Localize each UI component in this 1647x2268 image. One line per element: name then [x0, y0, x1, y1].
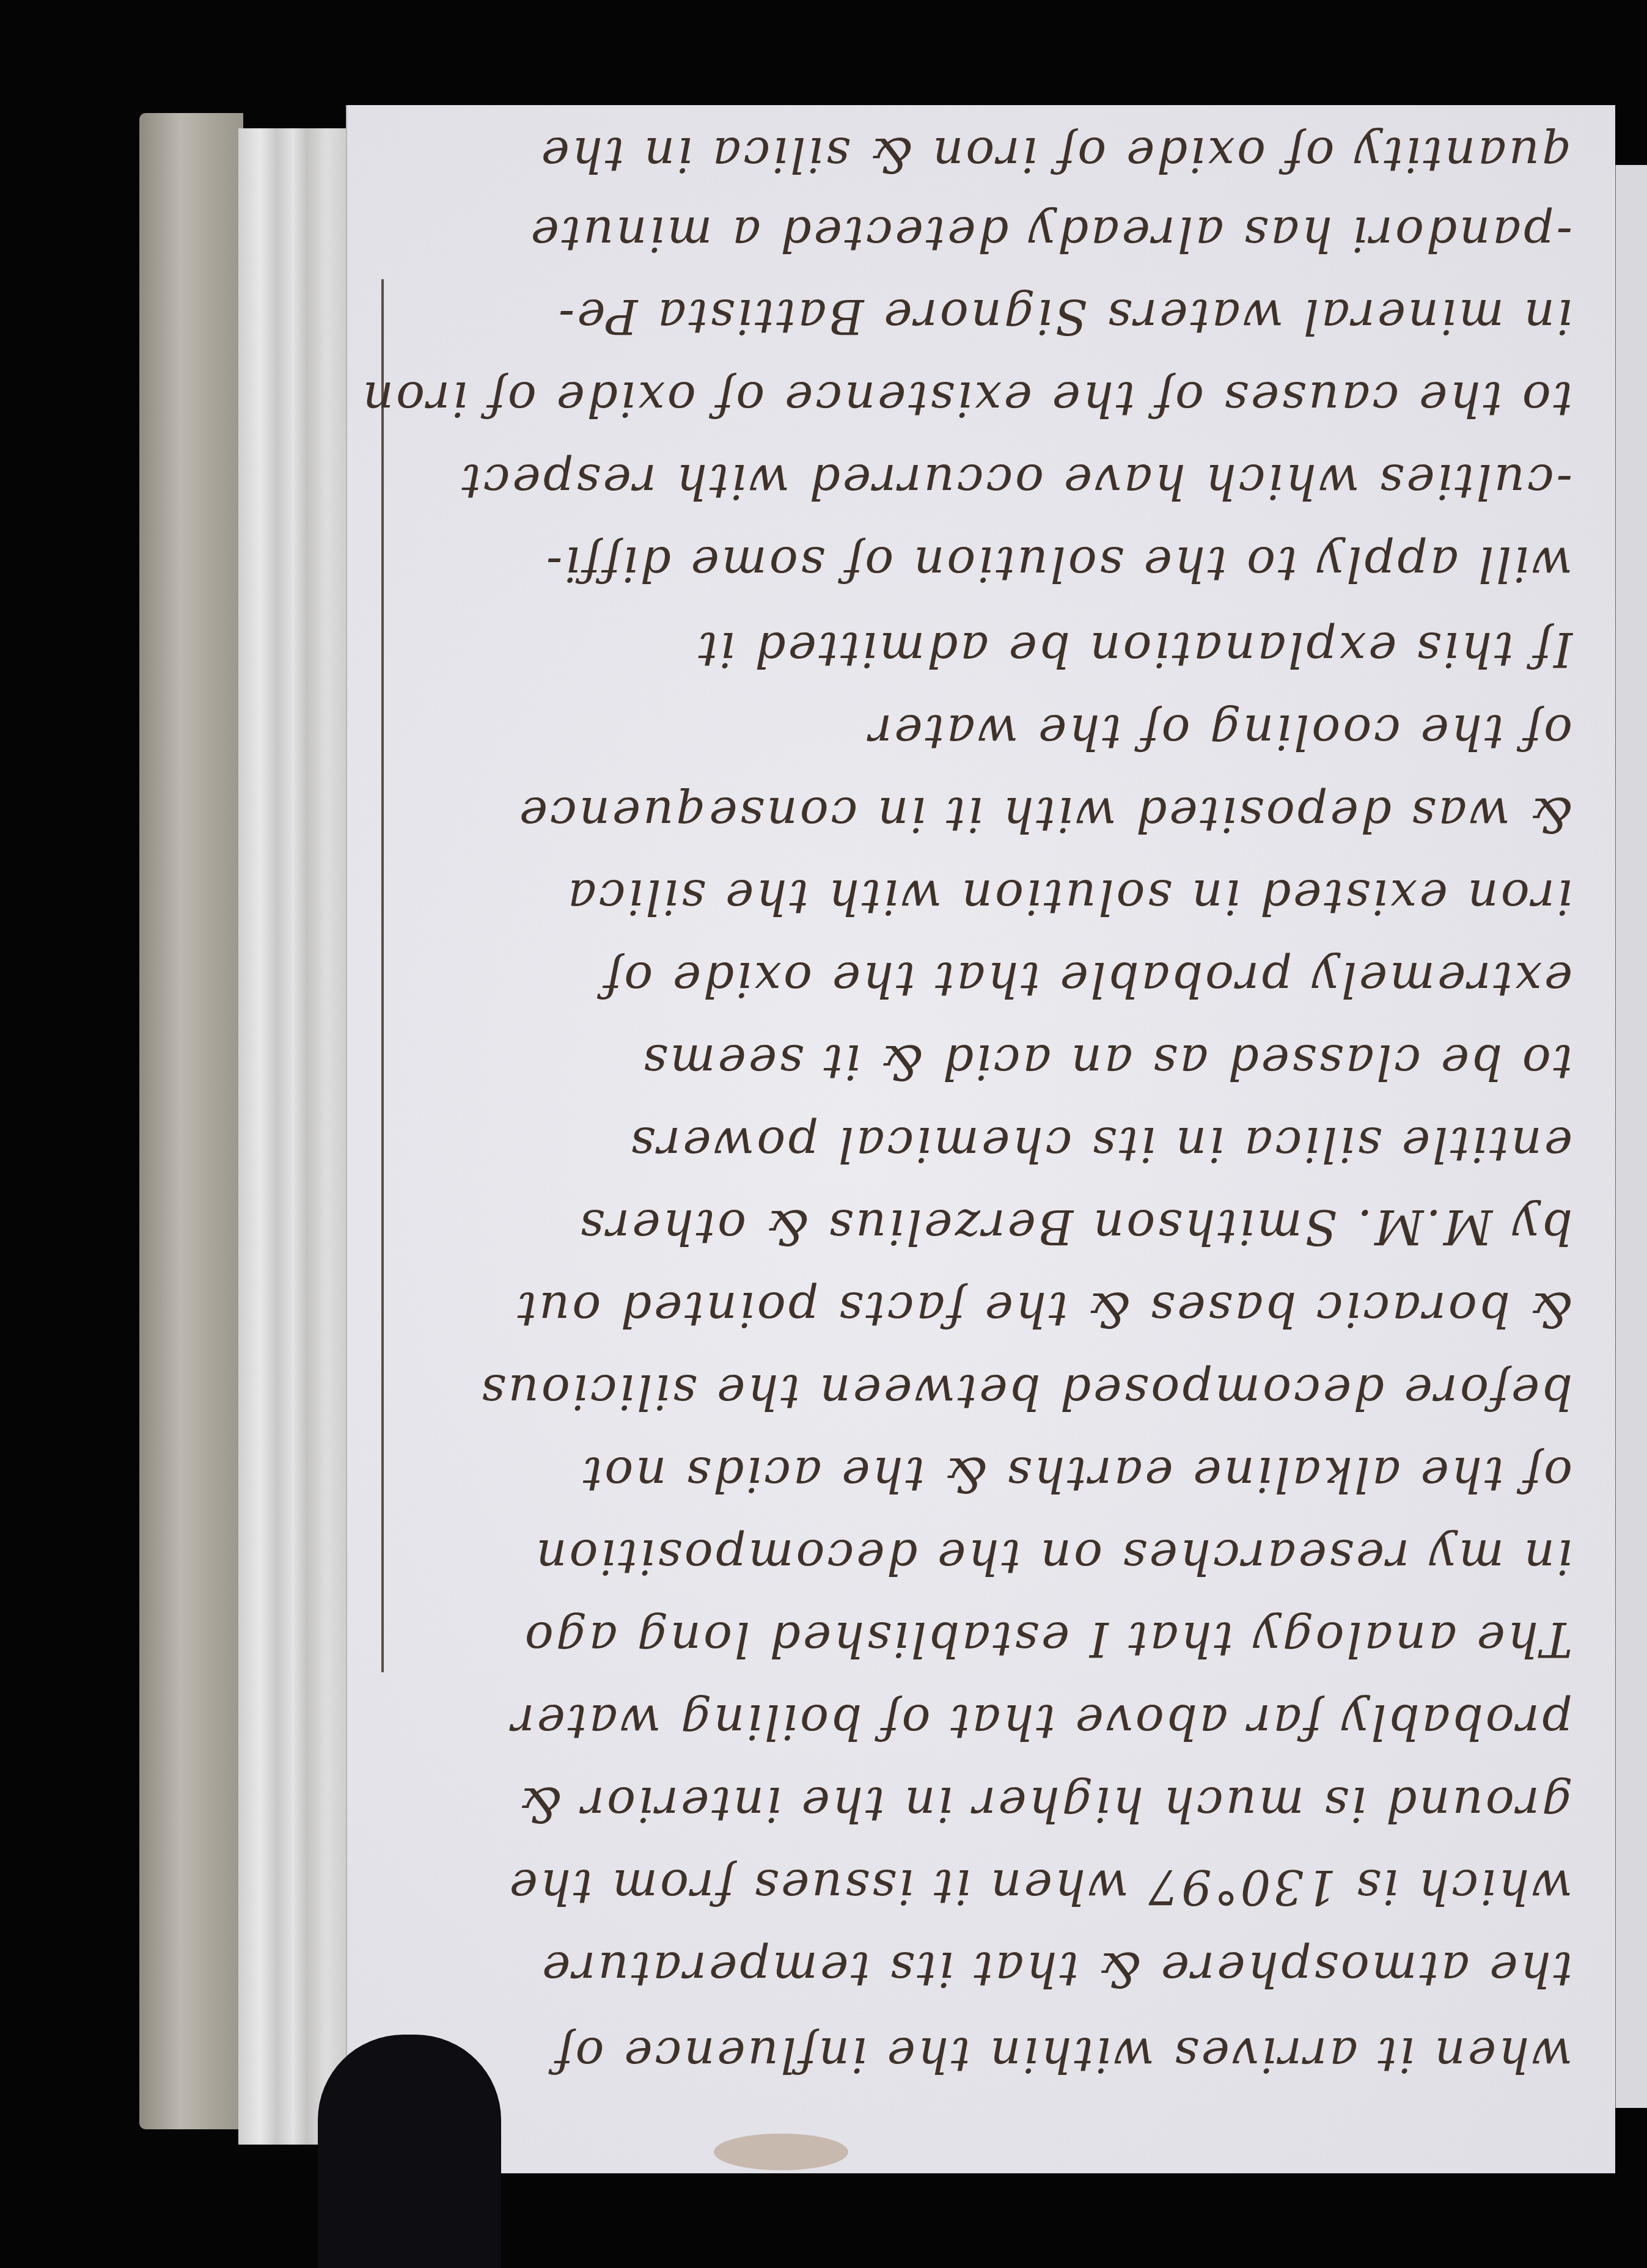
text-line: ground is much higher in the interior &: [516, 1776, 1572, 1831]
text-line: extremely probable that the oxide of: [601, 951, 1572, 1006]
text-line: by M.M. Smithson Berzelius & others: [578, 1199, 1572, 1254]
text-line: -culties which have occurred with respec…: [459, 453, 1572, 508]
text-line: & was deposited with it in consequence: [517, 786, 1572, 841]
page-stack: [238, 128, 348, 2145]
text-line: -pandori has already detected a minute: [529, 206, 1572, 261]
text-line: of the cooling of the water: [867, 704, 1572, 759]
text-line: & boracic bases & the facts pointed out: [515, 1281, 1572, 1336]
manuscript-page: when it arrives within the influence of …: [346, 105, 1615, 2173]
text-line: If this explanation be admitted it: [696, 621, 1572, 676]
text-line: entitle silica in its chemical powers: [628, 1116, 1572, 1171]
facing-page-edge: [1614, 165, 1647, 2108]
book-cover-edge: [139, 113, 243, 2129]
rotated-text-block: when it arrives within the influence of …: [347, 105, 1615, 2173]
finger-shadow: [318, 2035, 501, 2268]
text-line: which is 130°97 when it issues from the: [507, 1859, 1572, 1914]
text-line: to be classed as an acid & it seems: [641, 1034, 1572, 1089]
text-line: to the causes of the existence of oxide …: [361, 371, 1572, 426]
text-line: the atmosphere & that its temperature: [540, 1941, 1572, 1996]
text-line: when it arrives within the influence of: [553, 2027, 1572, 2082]
text-line: will apply to the solution of some diffi…: [544, 536, 1572, 591]
text-line: The analogy that I established long ago: [523, 1611, 1572, 1666]
text-line: probably far above that of boiling water: [509, 1694, 1572, 1749]
text-line: of the alkaline earths & the acids not: [581, 1446, 1572, 1501]
text-line: before decomposed between the silicious: [479, 1364, 1572, 1419]
paper-stain: [714, 2134, 848, 2170]
margin-bracket-line: [381, 279, 384, 1672]
text-line: in my researches on the decomposition: [534, 1529, 1572, 1584]
text-line: iron existed in solution with the silica: [565, 869, 1572, 924]
text-line: in mineral waters Signore Battista Pe-: [556, 288, 1572, 343]
text-line: quantity of oxide of iron & silica in th…: [539, 126, 1572, 181]
